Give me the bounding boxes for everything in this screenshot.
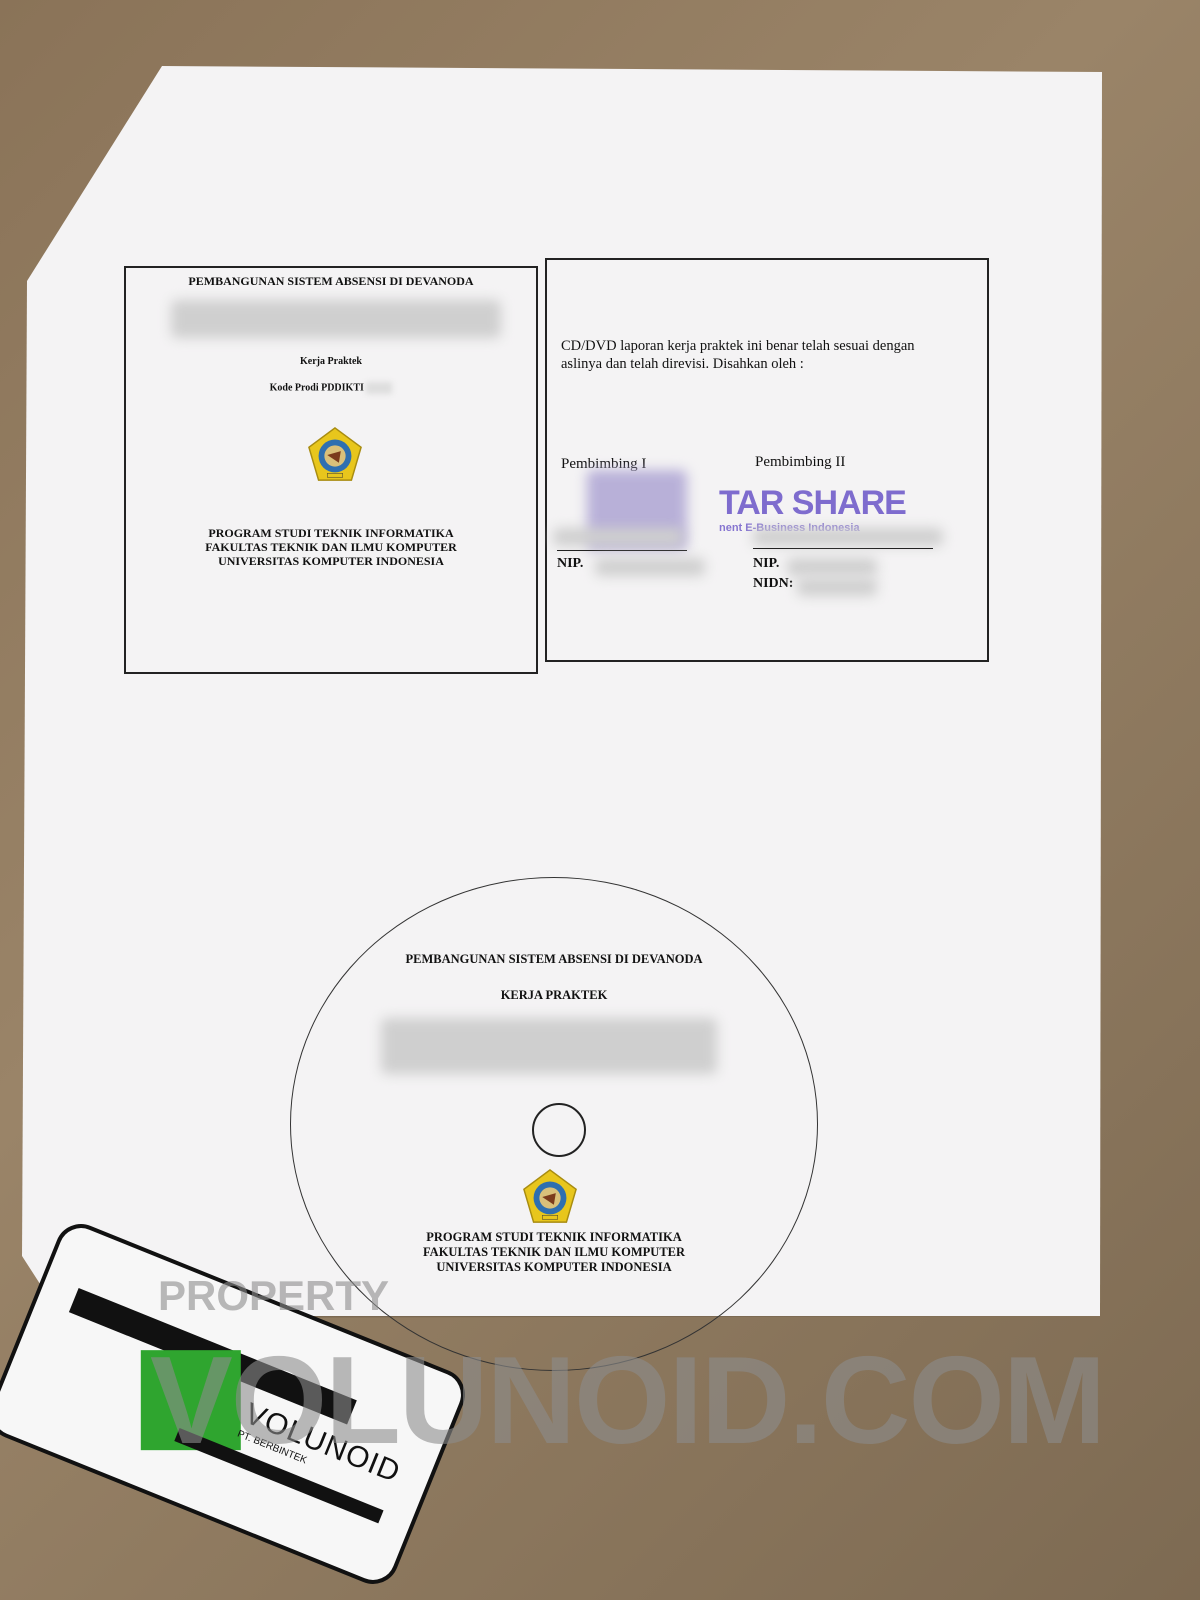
disc-center-hole [532, 1103, 586, 1157]
cover-subtitle: Kerja Praktek [126, 356, 536, 367]
disc-institution: PROGRAM STUDI TEKNIK INFORMATIKA FAKULTA… [291, 1230, 817, 1275]
redacted-nip-2 [787, 558, 877, 576]
redacted-code [366, 382, 392, 394]
institution-line-2: FAKULTAS TEKNIK DAN ILMU KOMPUTER [126, 540, 536, 554]
approval-statement-line-1: CD/DVD laporan kerja praktek ini benar t… [561, 338, 915, 355]
cover-code-label: Kode Prodi PDDIKTI [126, 382, 536, 394]
redacted-author [171, 300, 501, 338]
university-emblem-icon [521, 1168, 579, 1226]
disc-institution-line-2: FAKULTAS TEKNIK DAN ILMU KOMPUTER [291, 1245, 817, 1260]
nip-2-label: NIP. [753, 556, 779, 572]
redacted-disc-author [381, 1018, 717, 1074]
disc-subtitle: KERJA PRAKTEK [291, 988, 817, 1003]
cover-institution: PROGRAM STUDI TEKNIK INFORMATIKA FAKULTA… [126, 526, 536, 568]
cd-case-cover-label: PEMBANGUNAN SISTEM ABSENSI DI DEVANODA K… [124, 266, 538, 674]
watermark-line-1: PROPERTY [158, 1272, 389, 1320]
signature-line-2 [753, 548, 933, 549]
company-stamp: TAR SHARE [719, 484, 906, 523]
code-label-text: Kode Prodi PDDIKTI [270, 382, 364, 393]
disc-institution-line-1: PROGRAM STUDI TEKNIK INFORMATIKA [291, 1230, 817, 1245]
cover-title: PEMBANGUNAN SISTEM ABSENSI DI DEVANODA [126, 274, 536, 289]
watermark-line-2: VOLUNOID.COM [150, 1330, 1104, 1472]
university-emblem-icon [306, 426, 364, 484]
document-photo: PEMBANGUNAN SISTEM ABSENSI DI DEVANODA K… [0, 0, 1200, 1600]
supervisor-2-label: Pembimbing II [755, 454, 845, 471]
institution-line-3: UNIVERSITAS KOMPUTER INDONESIA [126, 554, 536, 568]
redacted-nip-1 [595, 558, 705, 576]
nidn-label: NIDN: [753, 576, 793, 592]
disc-title: PEMBANGUNAN SISTEM ABSENSI DI DEVANODA [291, 952, 817, 967]
approval-statement-line-2: aslinya dan telah direvisi. Disahkan ole… [561, 356, 804, 373]
redacted-name-2 [753, 528, 943, 546]
nip-1-label: NIP. [557, 556, 583, 572]
redacted-name-1 [553, 528, 683, 546]
redacted-nidn [797, 578, 877, 596]
cd-case-approval-label: CD/DVD laporan kerja praktek ini benar t… [545, 258, 989, 662]
signature-line-1 [557, 550, 687, 551]
institution-line-1: PROGRAM STUDI TEKNIK INFORMATIKA [126, 526, 536, 540]
